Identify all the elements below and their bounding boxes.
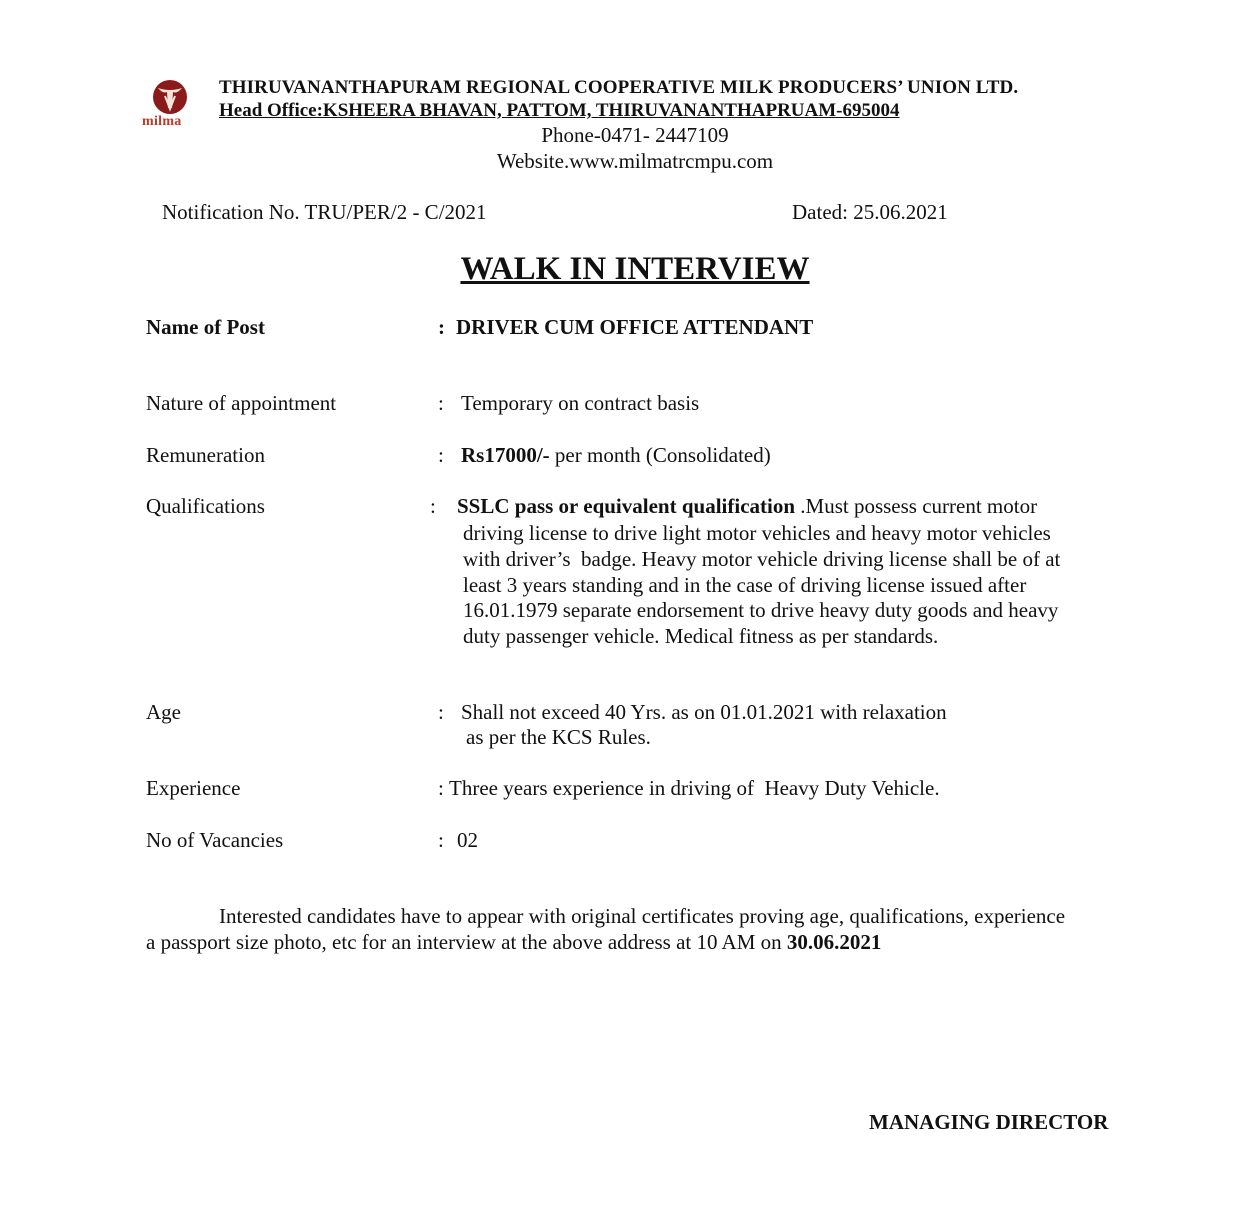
experience-value: Three years experience in driving of Hea… [449,776,940,801]
vacancies-label: No of Vacancies [146,828,283,853]
post-colon: : [438,315,445,340]
instructions-line1: Interested candidates have to appear wit… [146,904,1136,930]
remuneration-amount: Rs17000/- [461,443,550,467]
qualifications-label: Qualifications [146,494,265,519]
nature-colon: : [438,391,444,416]
remuneration-colon: : [438,443,444,468]
age-value-line2: as per the KCS Rules. [466,725,651,750]
nature-value: Temporary on contract basis [461,391,699,416]
notification-date: Dated: 25.06.2021 [792,200,948,225]
notification-number: Notification No. TRU/PER/2 - C/2021 [162,200,487,225]
vacancies-colon: : [438,828,444,853]
remuneration-label: Remuneration [146,443,265,468]
qualifications-first-line: SSLC pass or equivalent qualification .M… [457,494,1037,519]
interview-date: 30.06.2021 [787,930,882,954]
vacancies-value: 02 [457,828,478,853]
instructions-line2-text: a passport size photo, etc for an interv… [146,930,787,954]
qualifications-details: driving license to drive light motor veh… [463,521,1113,650]
qualification-line: duty passenger vehicle. Medical fitness … [463,624,1113,650]
qualifications-colon: : [430,494,436,519]
page-title: WALK IN INTERVIEW [0,251,1240,288]
phone-number: Phone-0471- 2447109 [0,123,1240,148]
organization-name: THIRUVANANTHAPURAM REGIONAL COOPERATIVE … [219,77,1018,99]
age-colon: : [438,700,444,725]
instructions-paragraph: Interested candidates have to appear wit… [146,904,1136,955]
qualification-line: with driver’s badge. Heavy motor vehicle… [463,547,1113,573]
age-label: Age [146,700,181,725]
qualification-first-line-rest: .Must possess current motor [795,494,1037,518]
head-office-address: Head Office:KSHEERA BHAVAN, PATTOM, THIR… [219,100,900,122]
instructions-line2: a passport size photo, etc for an interv… [146,930,1136,956]
qualification-line: 16.01.1979 separate endorsement to drive… [463,598,1113,624]
remuneration-value: Rs17000/- per month (Consolidated) [461,443,771,468]
post-label: Name of Post [146,315,265,340]
qualification-line: least 3 years standing and in the case o… [463,573,1113,599]
nature-label: Nature of appointment [146,391,336,416]
experience-label: Experience [146,776,240,801]
post-value: DRIVER CUM OFFICE ATTENDANT [456,315,813,340]
qualification-required: SSLC pass or equivalent qualification [457,494,795,518]
experience-colon: : [438,776,444,801]
age-value-line1: Shall not exceed 40 Yrs. as on 01.01.202… [461,700,947,725]
signatory-title: MANAGING DIRECTOR [869,1110,1108,1135]
website: Website.www.milmatrcmpu.com [0,149,1240,174]
remuneration-terms: per month (Consolidated) [550,443,771,467]
qualification-line: driving license to drive light motor veh… [463,521,1113,547]
